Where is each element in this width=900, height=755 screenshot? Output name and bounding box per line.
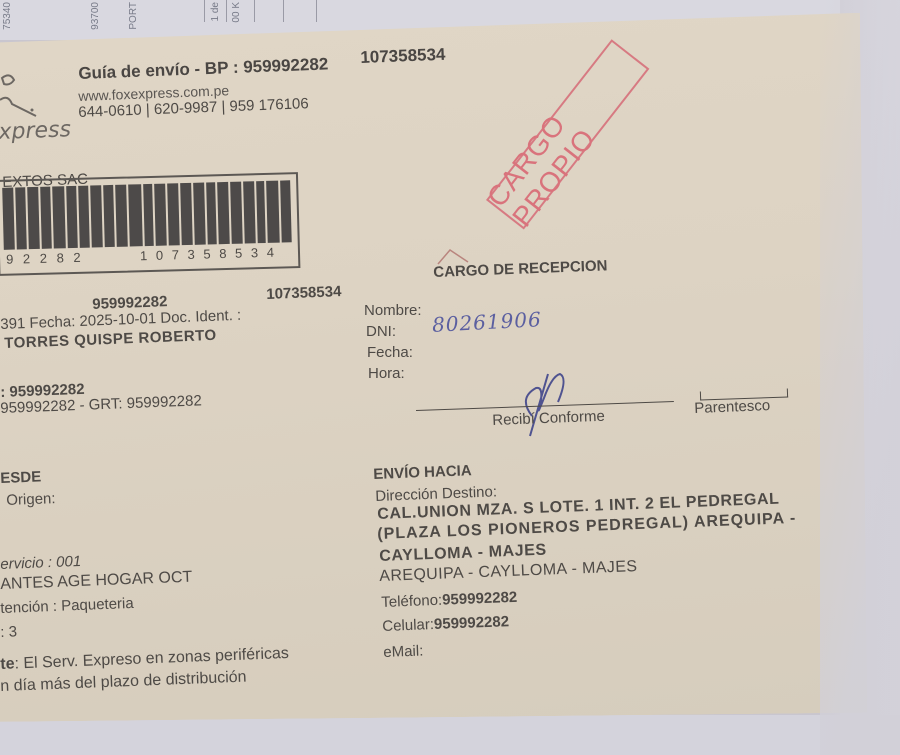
nombre-label: Nombre: — [364, 302, 422, 319]
background-divider — [316, 0, 317, 22]
barcode-bar — [27, 187, 40, 249]
barcode-bars — [2, 180, 292, 250]
barcode-bar — [66, 186, 78, 248]
hora-label: Hora: — [368, 365, 405, 382]
barcode-bar — [53, 186, 66, 248]
barcode-digits-right: 1 0 7 3 5 8 5 3 4 — [140, 245, 275, 264]
barcode-bar — [90, 185, 103, 247]
background-text: PORT — [128, 2, 139, 30]
barcode-bar — [267, 181, 280, 243]
background-text: 75340 — [2, 2, 13, 30]
logo-wordmark: xpress — [0, 117, 71, 145]
background-surface — [0, 715, 900, 755]
barcode-bar — [217, 182, 230, 244]
barcode-bar — [143, 184, 154, 246]
background-divider — [204, 0, 205, 22]
barcode-bar — [16, 187, 27, 249]
barcode-bar — [40, 187, 52, 249]
relationship-label: Parentesco — [694, 397, 770, 417]
barcode-bar — [256, 181, 266, 243]
barcode-bar — [154, 184, 167, 246]
origin-label: Origen: — [6, 490, 56, 509]
mobile-value: 959992282 — [434, 613, 510, 633]
barcode-bar — [78, 186, 89, 248]
barcode-bar — [193, 183, 205, 245]
background-text: 93700 — [90, 2, 101, 30]
guide-number: 107358534 — [360, 45, 446, 68]
barcode-bar — [206, 182, 217, 244]
background-divider — [226, 0, 227, 22]
barcode-bar — [180, 183, 193, 245]
barcode-bar — [230, 182, 242, 244]
background-divider — [283, 0, 284, 22]
background-divider — [254, 0, 255, 22]
barcode-bar — [129, 184, 143, 246]
background-text: 00 K — [231, 2, 242, 23]
fecha-label: Fecha: — [367, 344, 413, 361]
phone-label: Teléfono: — [381, 592, 442, 611]
sender-guide-number: 107358534 — [266, 283, 342, 303]
barcode-bar — [2, 188, 15, 250]
phone-value: 959992282 — [442, 589, 518, 609]
fox-logo-icon — [0, 70, 40, 120]
barcode: 9 2 2 8 2 1 0 7 3 5 8 5 3 4 — [0, 172, 300, 276]
barcode-bar — [168, 183, 180, 245]
barcode-bar — [115, 185, 128, 247]
dni-label: DNI: — [366, 323, 396, 340]
barcode-bar — [103, 185, 115, 247]
note-label: te — [0, 655, 15, 673]
barcode-digits-left: 9 2 2 8 2 — [6, 250, 82, 267]
background-text: 1 de — [210, 2, 221, 21]
mobile-label: Celular: — [382, 616, 434, 635]
paper-edge — [820, 0, 900, 755]
package-count: : 3 — [0, 623, 17, 641]
barcode-bar — [280, 180, 292, 242]
email-label: eMail: — [383, 642, 424, 661]
service-code: ervicio : 001 — [0, 553, 81, 573]
barcode-bar — [243, 181, 256, 243]
origin-title: ESDE — [0, 468, 41, 487]
